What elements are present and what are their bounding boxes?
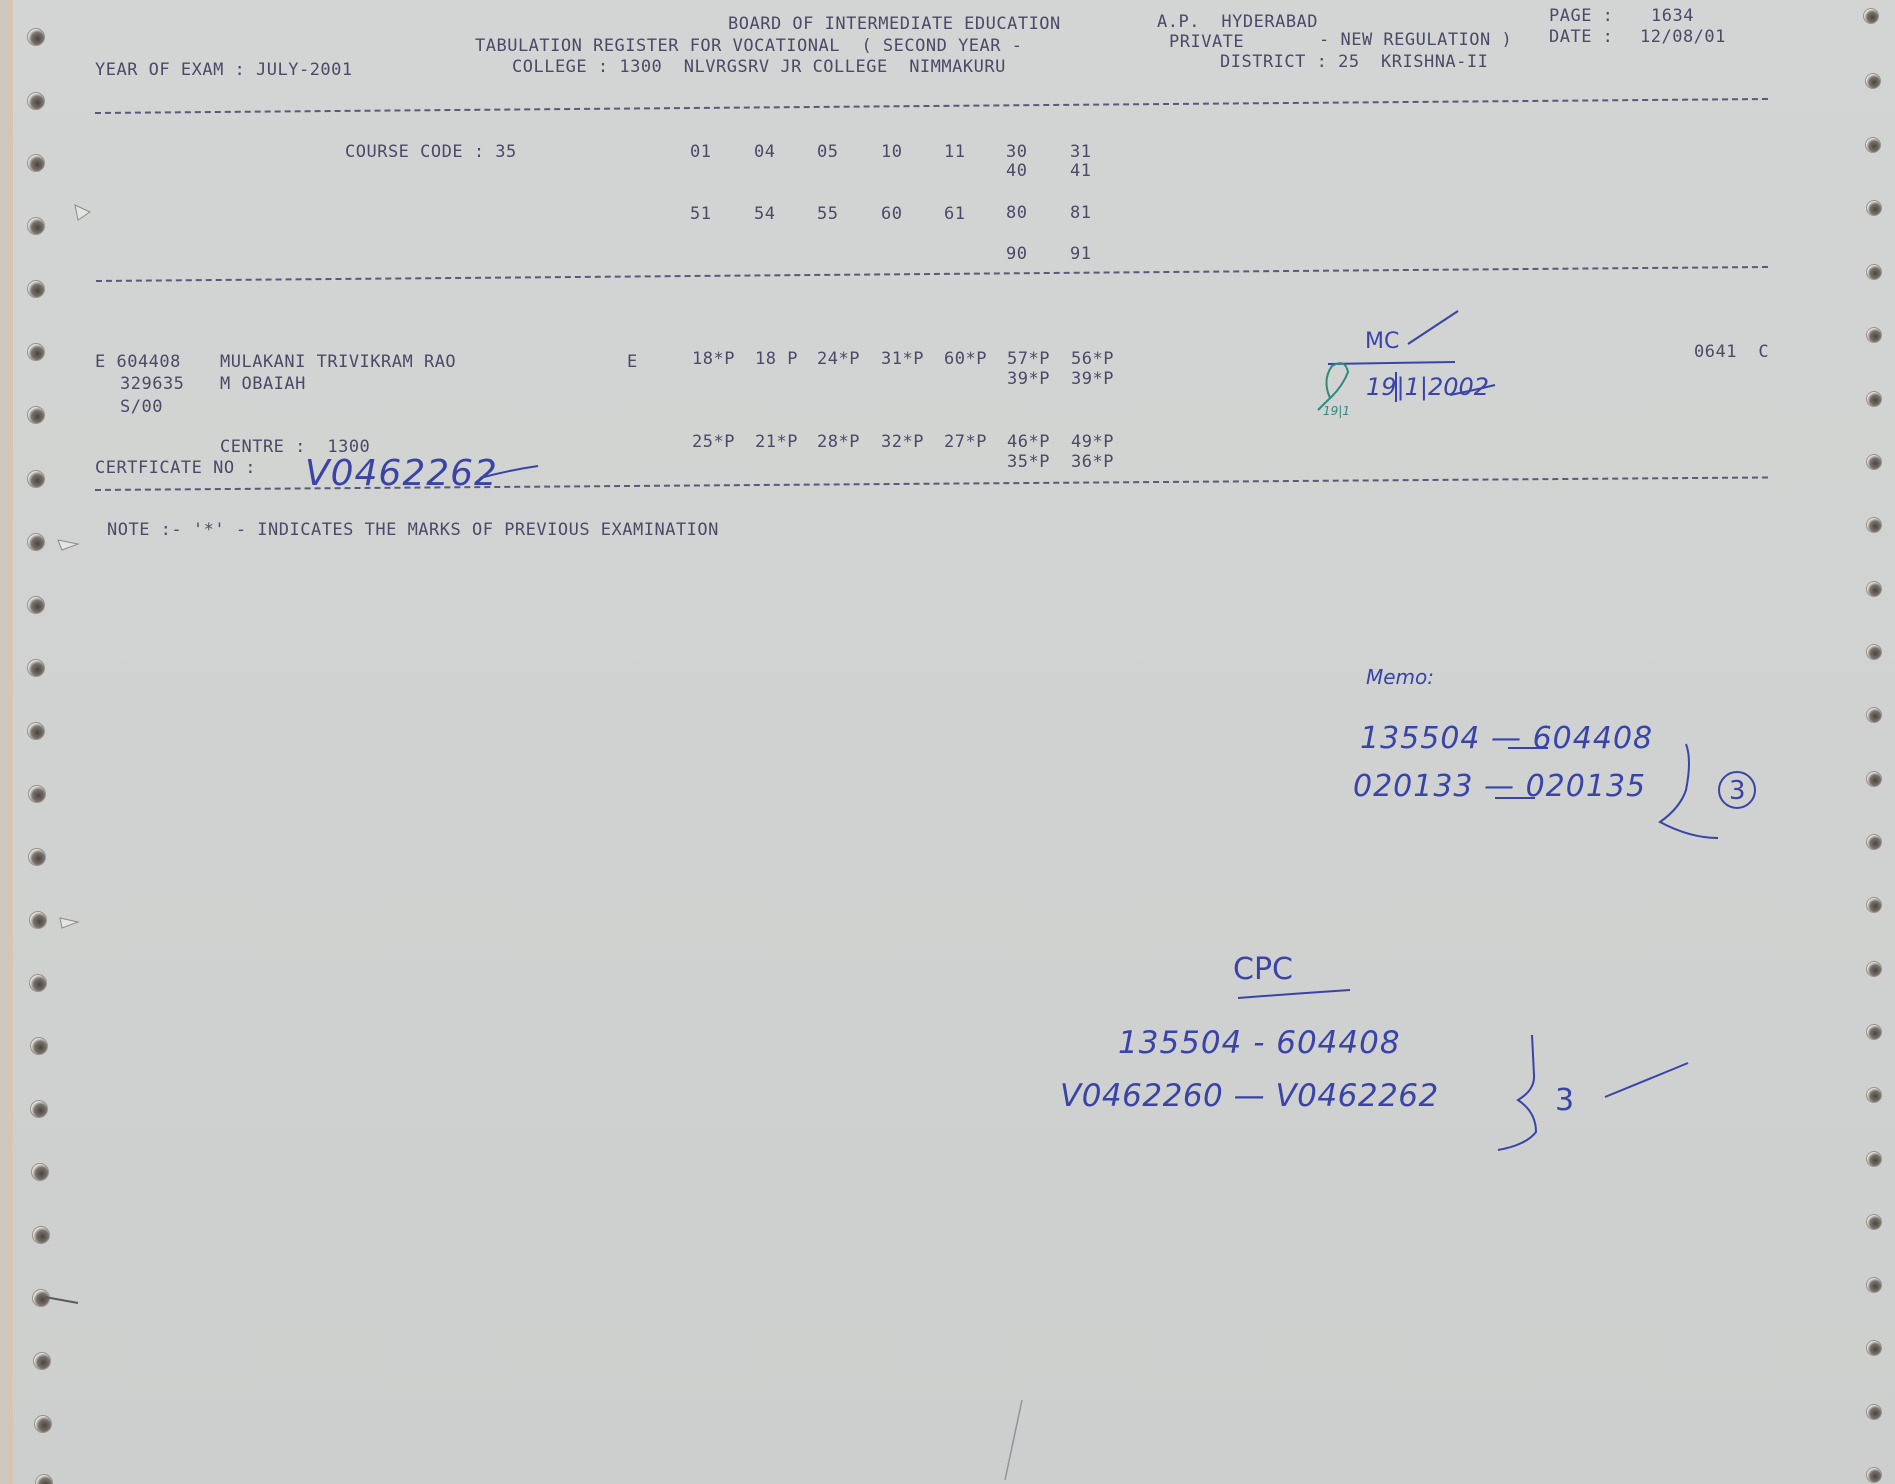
student-category: E <box>627 352 638 372</box>
feed-hole-icon <box>1866 834 1882 850</box>
feed-hole-icon <box>1866 1087 1882 1103</box>
subject-code: 41 <box>1070 161 1091 181</box>
subject-code: 90 <box>1006 244 1027 264</box>
date-value: 12/08/01 <box>1640 27 1726 47</box>
district-info: DISTRICT : 25 KRISHNA-II <box>1220 52 1488 72</box>
feed-hole-icon <box>27 92 45 110</box>
feed-hole-icon <box>1866 581 1882 597</box>
feed-hole-icon <box>1866 1340 1882 1356</box>
board-location: A.P. HYDERABAD <box>1157 12 1318 32</box>
feed-hole-icon <box>1866 1404 1882 1420</box>
subject-code: 51 <box>690 204 711 224</box>
feed-hole-icon <box>1866 391 1882 407</box>
feed-hole-icon <box>27 154 45 172</box>
feed-hole-icon <box>29 911 47 929</box>
mark-cell: 39*P <box>1071 369 1114 389</box>
parent-name: M OBAIAH <box>220 374 306 394</box>
handwritten-memo-count: 3 <box>1729 778 1746 804</box>
subject-code: 30 <box>1006 142 1027 162</box>
subject-code: 05 <box>817 142 838 162</box>
feed-hole-icon <box>28 848 46 866</box>
subject-code: 54 <box>754 204 775 224</box>
feed-hole-icon <box>1866 1214 1882 1230</box>
handwritten-cpc-label: CPC <box>1233 955 1293 985</box>
regulation-label: - NEW REGULATION ) <box>1319 30 1512 50</box>
handwritten-cpc-range-1: 135504 - 604408 <box>1118 1028 1401 1059</box>
perforation-fold-line <box>10 0 13 1484</box>
subject-code: 80 <box>1006 203 1027 223</box>
student-name: MULAKANI TRIVIKRAM RAO <box>220 352 456 372</box>
mark-cell: 39*P <box>1007 369 1050 389</box>
feed-hole-icon <box>1866 897 1882 913</box>
feed-hole-icon <box>1866 1277 1882 1293</box>
handwritten-initials: 19|1 <box>1323 405 1350 417</box>
certificate-label: CERTFICATE NO : <box>95 458 256 478</box>
mark-cell: 31*P <box>881 349 924 369</box>
mark-cell: 24*P <box>817 349 860 369</box>
feed-hole-icon <box>1863 8 1879 24</box>
handwritten-memo-label: Memo: <box>1366 667 1434 687</box>
feed-hole-icon <box>1866 264 1882 280</box>
feed-hole-icon <box>1866 454 1882 470</box>
feed-hole-icon <box>1866 1024 1882 1040</box>
feed-hole-icon <box>27 280 45 298</box>
feed-hole-icon <box>1866 707 1882 723</box>
mark-cell: 18 P <box>755 349 798 369</box>
register-type: PRIVATE <box>1169 32 1244 52</box>
feed-hole-icon <box>27 217 45 235</box>
mark-cell: 36*P <box>1071 452 1114 472</box>
feed-hole-icon <box>27 28 45 46</box>
board-title: BOARD OF INTERMEDIATE EDUCATION <box>728 14 1061 34</box>
feed-hole-icon <box>27 659 45 677</box>
mark-cell: 27*P <box>944 432 987 452</box>
college-info: COLLEGE : 1300 NLVRGSRV JR COLLEGE NIMMA… <box>512 57 1006 77</box>
feed-hole-icon <box>32 1226 50 1244</box>
subject-code: 81 <box>1070 203 1091 223</box>
mark-cell: 21*P <box>755 432 798 452</box>
feed-hole-icon <box>28 785 46 803</box>
handwritten-cpc-count: 3 <box>1555 1086 1574 1116</box>
footnote: NOTE :- '*' - INDICATES THE MARKS OF PRE… <box>107 520 719 540</box>
subject-code: 91 <box>1070 244 1091 264</box>
mark-cell: 25*P <box>692 432 735 452</box>
subject-code: 10 <box>881 142 902 162</box>
handwritten-memo-range-1: 135504 — 604408 <box>1360 724 1653 754</box>
mark-cell: 46*P <box>1007 432 1050 452</box>
total-result: 0641 C <box>1694 342 1769 362</box>
mark-cell: 57*P <box>1007 349 1050 369</box>
feed-hole-icon <box>27 343 45 361</box>
mark-cell: 56*P <box>1071 349 1114 369</box>
register-title: TABULATION REGISTER FOR VOCATIONAL ( SEC… <box>475 36 1022 56</box>
feed-hole-icon <box>1866 644 1882 660</box>
mark-cell: 49*P <box>1071 432 1114 452</box>
feed-hole-icon <box>27 533 45 551</box>
subject-code: 61 <box>944 204 965 224</box>
hall-ticket-number: 329635 <box>120 374 184 394</box>
feed-hole-icon <box>1866 1151 1882 1167</box>
feed-hole-icon <box>27 722 45 740</box>
handwritten-cpc-range-2: V0462260 — V0462262 <box>1060 1081 1439 1112</box>
handwritten-mc-label: MC <box>1365 331 1399 353</box>
handwritten-memo-range-2: 020133 — 020135 <box>1353 772 1646 802</box>
handwritten-certificate-number: V0462262 <box>305 456 498 492</box>
feed-hole-icon <box>31 1163 49 1181</box>
feed-hole-icon <box>1866 517 1882 533</box>
page-label: PAGE : <box>1549 6 1613 26</box>
feed-hole-icon <box>1866 327 1882 343</box>
year-of-exam: YEAR OF EXAM : JULY-2001 <box>95 60 353 80</box>
date-label: DATE : <box>1549 27 1613 47</box>
feed-hole-icon <box>1865 137 1881 153</box>
relation-code: S/00 <box>120 397 163 417</box>
feed-hole-icon <box>30 1100 48 1118</box>
feed-hole-icon <box>27 596 45 614</box>
feed-hole-icon <box>34 1415 52 1433</box>
subject-code: 01 <box>690 142 711 162</box>
course-code-label: COURSE CODE : 35 <box>345 142 517 162</box>
feed-hole-icon <box>33 1352 51 1370</box>
subject-code: 04 <box>754 142 775 162</box>
feed-hole-icon <box>30 1037 48 1055</box>
mark-cell: 60*P <box>944 349 987 369</box>
mark-cell: 18*P <box>692 349 735 369</box>
feed-hole-icon <box>27 406 45 424</box>
mark-cell: 35*P <box>1007 452 1050 472</box>
subject-code: 11 <box>944 142 965 162</box>
subject-code: 40 <box>1006 161 1027 181</box>
mark-cell: 32*P <box>881 432 924 452</box>
page-number: 1634 <box>1651 6 1694 26</box>
feed-hole-icon <box>27 470 45 488</box>
handwritten-mc-date: 19|1|2002 <box>1366 375 1489 399</box>
subject-code: 60 <box>881 204 902 224</box>
feed-hole-icon <box>1866 771 1882 787</box>
registration-number: E 604408 <box>95 352 181 372</box>
feed-hole-icon <box>1866 961 1882 977</box>
subject-code: 31 <box>1070 142 1091 162</box>
subject-code: 55 <box>817 204 838 224</box>
mark-cell: 28*P <box>817 432 860 452</box>
feed-hole-icon <box>1866 1467 1882 1483</box>
feed-hole-icon <box>29 974 47 992</box>
feed-hole-icon <box>1866 200 1882 216</box>
feed-hole-icon <box>1865 73 1881 89</box>
feed-hole-icon <box>32 1289 50 1307</box>
